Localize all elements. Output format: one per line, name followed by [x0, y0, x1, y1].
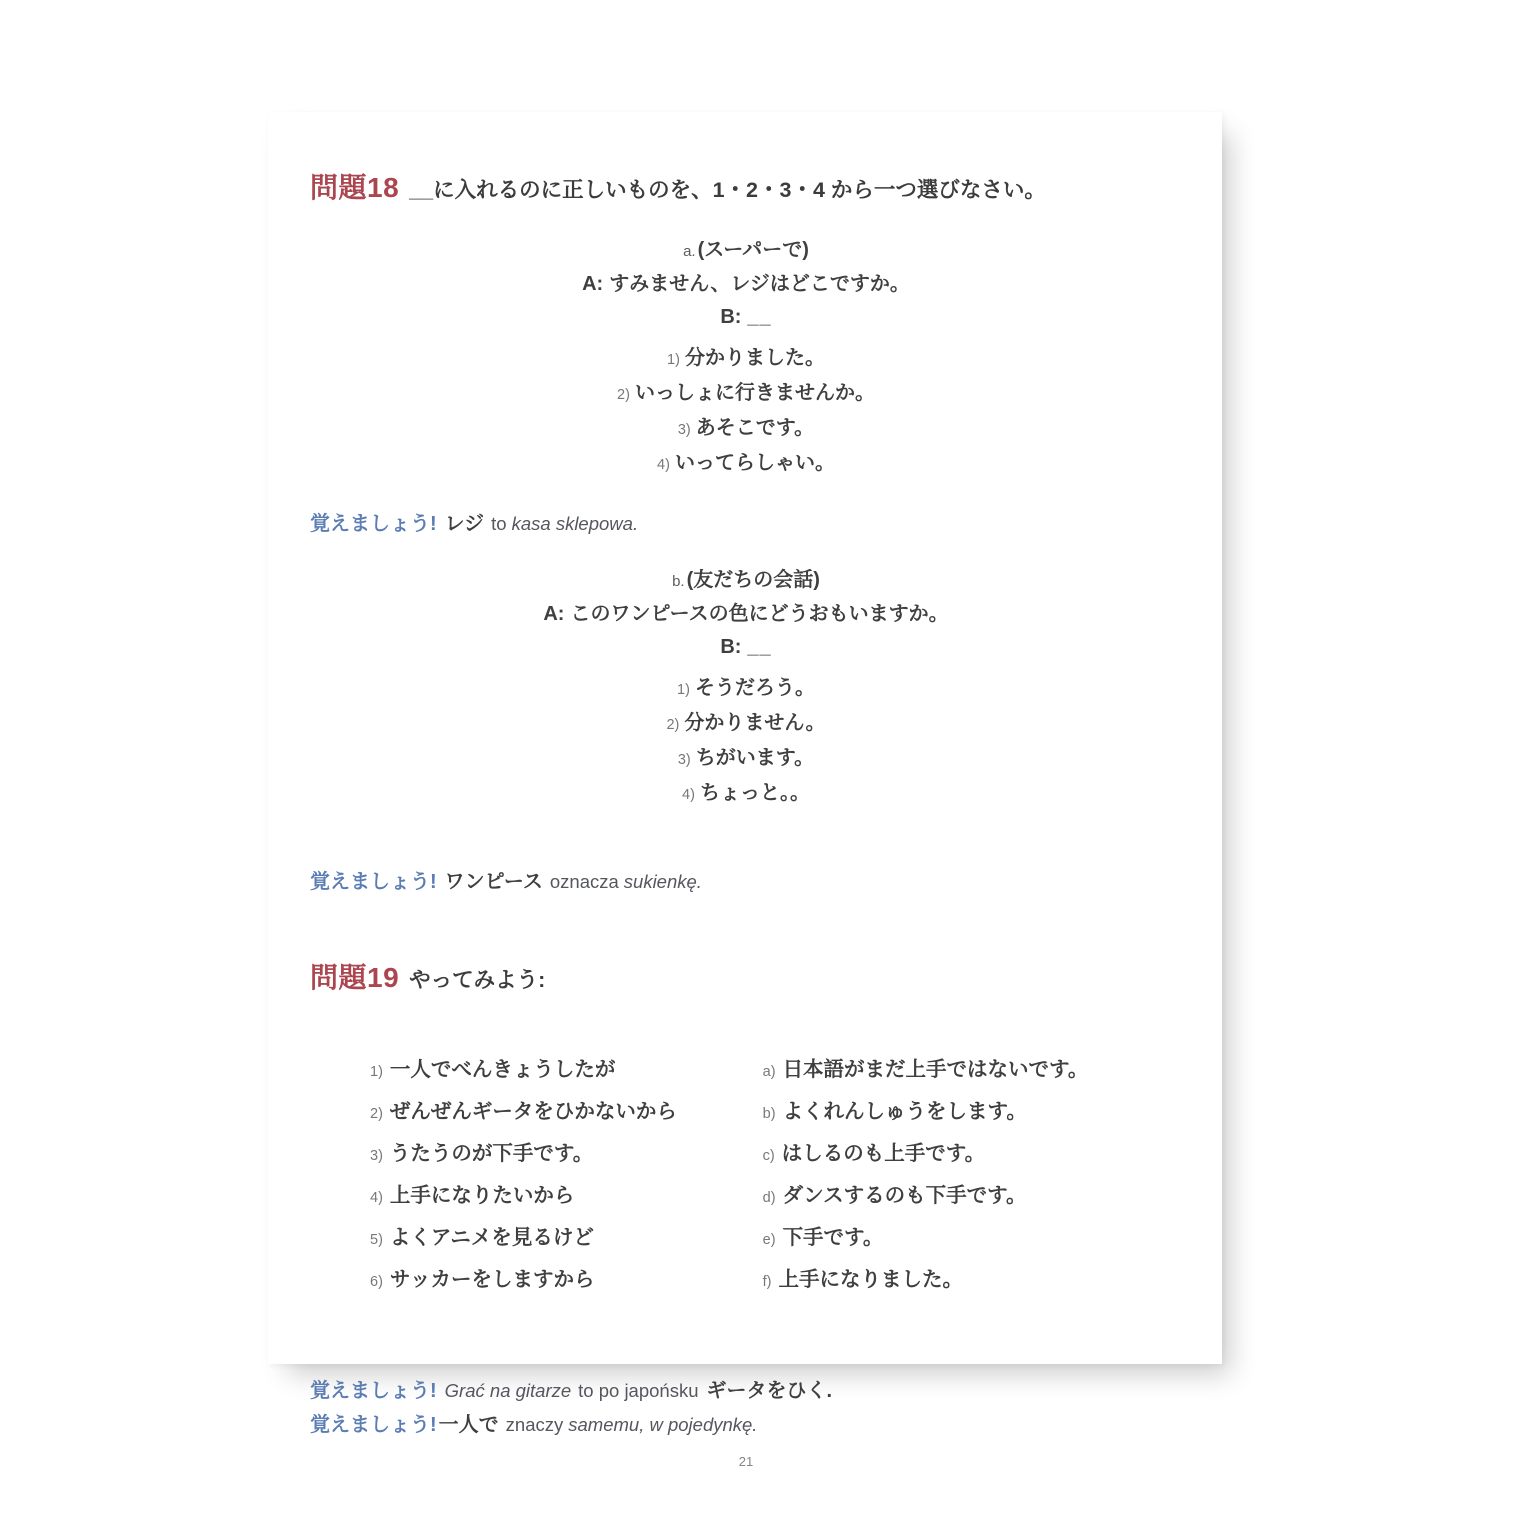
- note-b-polish: sukienkę.: [624, 871, 702, 892]
- match-item-4: 4)上手になりたいから: [370, 1176, 763, 1218]
- match-item-e: e)下手です。: [763, 1218, 1182, 1260]
- match-item-d-text: ダンスするのも下手です。: [783, 1184, 1027, 1207]
- option-b4-number: 4): [682, 787, 695, 803]
- note-b-prefix: 覚えましょう!: [310, 871, 437, 893]
- option-a2: 2)いっしょに行きませんか。: [310, 377, 1182, 412]
- option-a1-text: 分かりました。: [685, 347, 825, 369]
- match-item-3-text: うたうのが下手です。: [390, 1142, 593, 1165]
- option-b1-number: 1): [677, 682, 690, 698]
- match-item-6-number: 6): [370, 1274, 383, 1290]
- match-item-c-letter: c): [763, 1148, 775, 1164]
- vocab-note-hitoride: 覚えましょう!一人でznaczysamemu, w pojedynkę.: [310, 1408, 1182, 1442]
- match-item-2: 2)ぜんぜんギータをひかないから: [370, 1092, 763, 1134]
- exercise-b-title: b.(友だちの会話): [310, 564, 1182, 598]
- match-item-c-text: はしるのも上手です。: [782, 1142, 985, 1165]
- match-item-f: f)上手になりました。: [763, 1260, 1182, 1302]
- exercise-a: a.(スーパーで) A:すみません、レジはどこですか。 B:__ 1)分かりまし…: [310, 234, 1182, 482]
- option-a3-text: あそこです。: [696, 417, 814, 439]
- matching-right-column: a)日本語がまだ上手ではないです。 b)よくれんしゅうをします。 c)はしるのも…: [763, 1050, 1182, 1302]
- note-a-prefix: 覚えましょう!: [310, 513, 437, 535]
- match-item-5-number: 5): [370, 1232, 383, 1248]
- match-item-e-text: 下手です。: [783, 1226, 884, 1249]
- note-a-japanese: レジ: [445, 513, 485, 535]
- note1-prefix: 覚えましょう!: [310, 1380, 437, 1402]
- note2-polish: samemu, w pojedynkę.: [568, 1414, 757, 1435]
- match-item-c: c)はしるのも上手です。: [763, 1134, 1182, 1176]
- matching-exercise: 1)一人でべんきょうしたが 2)ぜんぜんギータをひかないから 3)うたうのが下手…: [310, 1050, 1182, 1302]
- match-item-d-letter: d): [763, 1190, 776, 1206]
- note1-connector: to po japońsku: [578, 1380, 698, 1401]
- exercise-b: b.(友だちの会話) A:このワンピースの色にどうおもいますか。 B:__ 1)…: [310, 564, 1182, 812]
- option-b3: 3)ちがいます。: [310, 742, 1182, 777]
- note-b-connector: oznacza: [550, 871, 619, 892]
- option-b2-number: 2): [666, 717, 679, 733]
- vocab-note-a: 覚えましょう!レジtokasa sklepowa.: [310, 510, 1182, 538]
- problem18-label: 問題18: [310, 172, 399, 203]
- exercise-a-line-a: A:すみません、レジはどこですか。: [310, 268, 1182, 301]
- note2-japanese: 一人で: [439, 1414, 499, 1436]
- option-a1: 1)分かりました。: [310, 342, 1182, 377]
- document-background: 問題18__に入れるのに正しいものを、1・2・3・4 から一つ選びなさい。 a.…: [0, 0, 1516, 1516]
- vocab-note-gitara: 覚えましょう!Grać na gitarzeto po japońskuギータを…: [310, 1374, 1182, 1408]
- note-a-connector: to: [491, 513, 506, 534]
- option-b2-text: 分かりません。: [684, 712, 825, 734]
- match-item-a-letter: a): [763, 1064, 776, 1080]
- exercise-b-options: 1)そうだろう。 2)分かりません。 3)ちがいます。 4)ちょっと。。: [310, 672, 1182, 812]
- match-item-4-text: 上手になりたいから: [390, 1184, 575, 1207]
- option-a4-number: 4): [657, 457, 670, 473]
- match-item-d: d)ダンスするのも下手です。: [763, 1176, 1182, 1218]
- match-item-6-text: サッカーをしますから: [390, 1268, 595, 1291]
- match-item-2-number: 2): [370, 1106, 383, 1122]
- option-a1-number: 1): [667, 352, 680, 368]
- option-b3-text: ちがいます。: [696, 747, 814, 769]
- exercise-b-context: (友だちの会話): [687, 569, 820, 591]
- option-b4-text: ちょっと。。: [700, 782, 810, 804]
- option-b2: 2)分かりません。: [310, 707, 1182, 742]
- exercise-a-letter: a.: [683, 243, 696, 260]
- workbook-page: 問題18__に入れるのに正しいものを、1・2・3・4 から一つ選びなさい。 a.…: [268, 112, 1222, 1364]
- match-item-5: 5)よくアニメを見るけど: [370, 1218, 763, 1260]
- match-item-1: 1)一人でべんきょうしたが: [370, 1050, 763, 1092]
- option-a2-text: いっしょに行きませんか。: [635, 382, 875, 404]
- match-item-6: 6)サッカーをしますから: [370, 1260, 763, 1302]
- match-item-3: 3)うたうのが下手です。: [370, 1134, 763, 1176]
- vocab-note-b: 覚えましょう!ワンピースoznaczasukienkę.: [310, 868, 1182, 896]
- exercise-a-title: a.(スーパーで): [310, 234, 1182, 268]
- problem19-heading: 問題19やってみよう:: [310, 956, 1182, 996]
- match-item-a: a)日本語がまだ上手ではないです。: [763, 1050, 1182, 1092]
- answer-blank: __: [747, 306, 771, 328]
- match-item-b-text: よくれんしゅうをします。: [783, 1100, 1027, 1123]
- exercise-b-letter: b.: [672, 573, 685, 590]
- page-number: 21: [310, 1454, 1182, 1469]
- match-item-b-letter: b): [763, 1106, 776, 1122]
- match-item-b: b)よくれんしゅうをします。: [763, 1092, 1182, 1134]
- option-a4-text: いってらしゃい。: [675, 452, 835, 474]
- match-item-a-text: 日本語がまだ上手ではないです。: [783, 1058, 1089, 1081]
- exercise-b-line-b: B:__: [310, 631, 1182, 664]
- match-item-f-letter: f): [763, 1274, 772, 1290]
- speaker-a: A:: [543, 603, 564, 625]
- option-a3-number: 3): [678, 422, 691, 438]
- exercise-a-context: (スーパーで): [698, 239, 809, 261]
- match-item-5-text: よくアニメを見るけど: [390, 1226, 594, 1249]
- problem18-heading: 問題18__に入れるのに正しいものを、1・2・3・4 から一つ選びなさい。: [310, 166, 1182, 206]
- answer-blank: __: [747, 636, 771, 658]
- note1-polish: Grać na gitarze: [445, 1380, 571, 1401]
- bottom-vocab-notes: 覚えましょう!Grać na gitarzeto po japońskuギータを…: [310, 1374, 1182, 1442]
- note2-prefix: 覚えましょう!: [310, 1414, 437, 1436]
- speaker-b: B:: [720, 636, 741, 658]
- matching-left-column: 1)一人でべんきょうしたが 2)ぜんぜんギータをひかないから 3)うたうのが下手…: [370, 1050, 763, 1302]
- speaker-a-text: このワンピースの色にどうおもいますか。: [570, 603, 948, 625]
- note2-connector: znaczy: [506, 1414, 564, 1435]
- match-item-3-number: 3): [370, 1148, 383, 1164]
- speaker-a-text: すみません、レジはどこですか。: [609, 273, 910, 295]
- problem19-instruction: やってみよう:: [409, 968, 545, 992]
- match-item-1-text: 一人でべんきょうしたが: [390, 1058, 616, 1081]
- problem19-label: 問題19: [310, 962, 399, 993]
- option-b1: 1)そうだろう。: [310, 672, 1182, 707]
- option-a2-number: 2): [617, 387, 630, 403]
- note-b-japanese: ワンピース: [445, 871, 543, 893]
- match-item-1-number: 1): [370, 1064, 383, 1080]
- note1-japanese: ギータをひく.: [707, 1380, 833, 1402]
- speaker-a: A:: [582, 273, 603, 295]
- problem18-instruction: __に入れるのに正しいものを、1・2・3・4 から一つ選びなさい。: [409, 178, 1046, 202]
- exercise-a-line-b: B:__: [310, 301, 1182, 334]
- option-a3: 3)あそこです。: [310, 412, 1182, 447]
- match-item-f-text: 上手になりました。: [779, 1268, 964, 1291]
- note-a-polish: kasa sklepowa.: [512, 513, 638, 534]
- exercise-b-line-a: A:このワンピースの色にどうおもいますか。: [310, 598, 1182, 631]
- option-b4: 4)ちょっと。。: [310, 777, 1182, 812]
- option-a4: 4)いってらしゃい。: [310, 447, 1182, 482]
- match-item-2-text: ぜんぜんギータをひかないから: [390, 1100, 677, 1123]
- option-b1-text: そうだろう。: [695, 677, 815, 699]
- match-item-e-letter: e): [763, 1232, 776, 1248]
- exercise-a-options: 1)分かりました。 2)いっしょに行きませんか。 3)あそこです。 4)いってら…: [310, 342, 1182, 482]
- match-item-4-number: 4): [370, 1190, 383, 1206]
- speaker-b: B:: [720, 306, 741, 328]
- option-b3-number: 3): [678, 752, 691, 768]
